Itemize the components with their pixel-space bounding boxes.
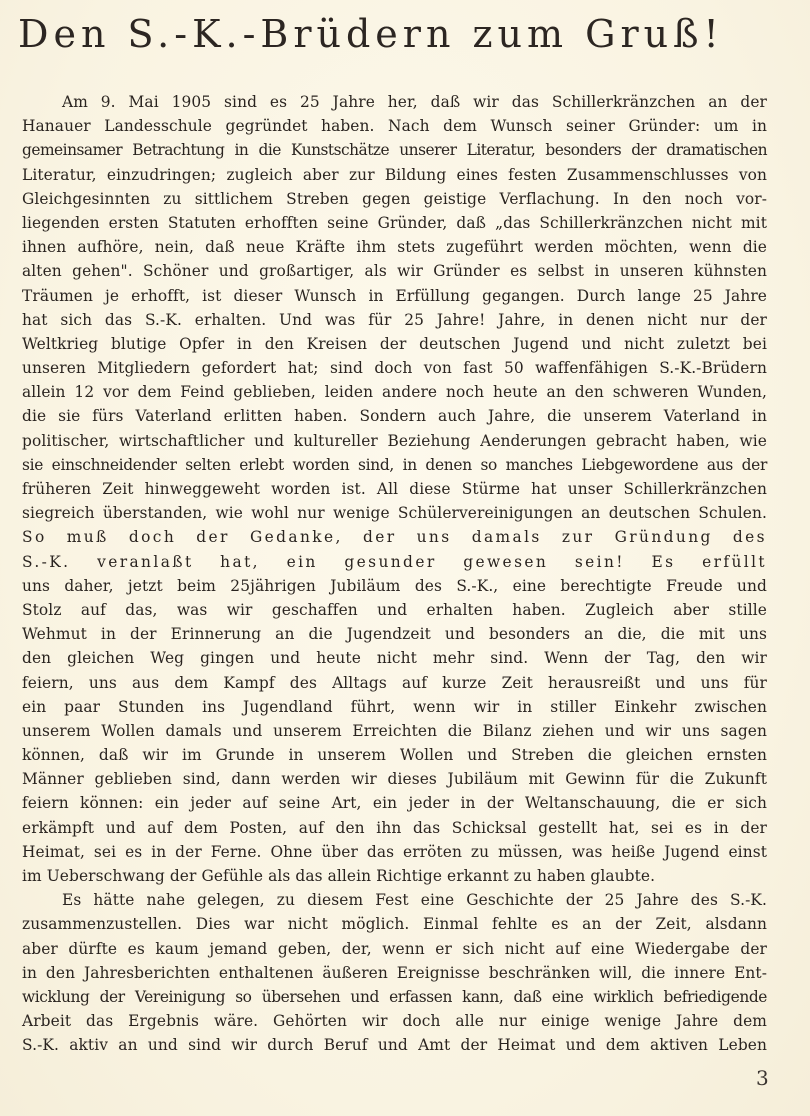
text-line: Arbeit das Ergebnis wäre. Gehörten wir d… <box>22 1009 767 1033</box>
text-line: feiern können: ein jeder auf seine Art, … <box>22 791 767 815</box>
text-line: Gleichgesinnten zu sittlichem Streben ge… <box>22 187 767 211</box>
body-text: Am 9. Mai 1905 sind es 25 Jahre her, daß… <box>22 90 767 1058</box>
text-line: ein paar Stunden ins Jugendland führt, w… <box>22 695 767 719</box>
document-page: Den S.-K.-Brüdern zum Gruß! Am 9. Mai 19… <box>0 0 810 1116</box>
text-line: allein 12 vor dem Feind geblieben, leide… <box>22 380 767 404</box>
text-line-emphasis: So muß doch der Gedanke, der uns damals … <box>22 525 767 549</box>
text-line: den gleichen Weg gingen und heute nicht … <box>22 646 767 670</box>
text-line: im Ueberschwang der Gefühle als das alle… <box>22 864 767 888</box>
text-line: Männer geblieben sind, dann werden wir d… <box>22 767 767 791</box>
text-line: gemeinsamer Betrachtung in die Kunstschä… <box>22 138 767 162</box>
text-line: S.-K. aktiv an und sind wir durch Beruf … <box>22 1033 767 1057</box>
text-line: Am 9. Mai 1905 sind es 25 Jahre her, daß… <box>22 90 767 114</box>
text-line-emphasis: S.-K. veranlaßt hat, ein gesunder gewese… <box>22 550 767 574</box>
text-line: in den Jahresberichten enthaltenen äußer… <box>22 961 767 985</box>
text-line: Weltkrieg blutige Opfer in den Kreisen d… <box>22 332 767 356</box>
text-line: Heimat, sei es in der Ferne. Ohne über d… <box>22 840 767 864</box>
text-line: uns daher, jetzt beim 25jährigen Jubiläu… <box>22 574 767 598</box>
text-line: hat sich das S.-K. erhalten. Und was für… <box>22 308 767 332</box>
text-line: ihnen aufhöre, nein, daß neue Kräfte ihm… <box>22 235 767 259</box>
text-line: Literatur, einzudringen; zugleich aber z… <box>22 163 767 187</box>
text-line: unserem Wollen damals und unserem Erreic… <box>22 719 767 743</box>
page-title: Den S.-K.-Brüdern zum Gruß! <box>18 12 798 56</box>
text-line: die sie fürs Vaterland erlitten haben. S… <box>22 404 767 428</box>
text-line: Es hätte nahe gelegen, zu diesem Fest ei… <box>22 888 767 912</box>
text-line: zusammenzustellen. Dies war nicht möglic… <box>22 912 767 936</box>
text-line: Hanauer Landesschule gegründet haben. Na… <box>22 114 767 138</box>
paragraph-1: Am 9. Mai 1905 sind es 25 Jahre her, daß… <box>22 90 767 888</box>
text-line: feiern, uns aus dem Kampf des Alltags au… <box>22 671 767 695</box>
text-line: siegreich überstanden, wie wohl nur weni… <box>22 501 767 525</box>
text-line: aber dürfte es kaum jemand geben, der, w… <box>22 937 767 961</box>
text-line: politischer, wirtschaftlicher und kultur… <box>22 429 767 453</box>
text-line: wicklung der Vereinigung so übersehen un… <box>22 985 767 1009</box>
text-line: können, daß wir im Grunde in unserem Wol… <box>22 743 767 767</box>
page-number: 3 <box>756 1066 769 1090</box>
text-line: unseren Mitgliedern gefordert hat; sind … <box>22 356 767 380</box>
text-line: Stolz auf das, was wir geschaffen und er… <box>22 598 767 622</box>
text-line: alten gehen". Schöner und großartiger, a… <box>22 259 767 283</box>
text-line: sie einschneidender selten erlebt worden… <box>22 453 767 477</box>
text-line: Wehmut in der Erinnerung an die Jugendze… <box>22 622 767 646</box>
text-line: liegenden ersten Statuten erhofften sein… <box>22 211 767 235</box>
text-line: Träumen je erhofft, ist dieser Wunsch in… <box>22 284 767 308</box>
text-line: erkämpft und auf dem Posten, auf den ihn… <box>22 816 767 840</box>
text-line: früheren Zeit hinweggeweht worden ist. A… <box>22 477 767 501</box>
paragraph-2: Es hätte nahe gelegen, zu diesem Fest ei… <box>22 888 767 1057</box>
